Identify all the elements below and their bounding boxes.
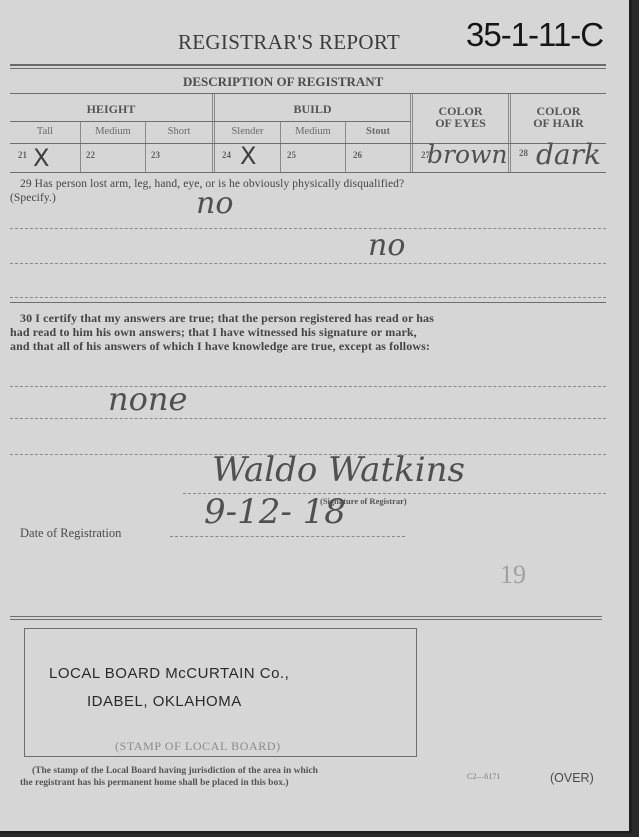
- answer-line: [10, 386, 606, 387]
- report-title: REGISTRAR'S REPORT: [178, 30, 400, 55]
- local-board-stamp-box: LOCAL BOARD McCURTAIN Co., IDABEL, OKLAH…: [24, 628, 417, 757]
- section-divider: [10, 93, 606, 94]
- serial-number: 35-1-11-C: [466, 16, 603, 54]
- registrar-signature[interactable]: Waldo Watkins: [212, 450, 465, 490]
- field-number-23: 23: [151, 150, 160, 160]
- build-medium-label: Medium: [281, 126, 345, 137]
- field-number-21: 21: [18, 150, 27, 160]
- answer-line: [10, 263, 606, 264]
- registration-date-label: Date of Registration: [20, 526, 121, 541]
- question-29-answer-2[interactable]: no: [368, 228, 405, 263]
- field-number-25: 25: [287, 150, 296, 160]
- build-header: BUILD: [215, 103, 410, 115]
- build-slender-checkmark[interactable]: X: [240, 142, 256, 170]
- section-title: DESCRIPTION OF REGISTRANT: [183, 74, 383, 90]
- divider: [410, 94, 411, 172]
- divider: [508, 94, 509, 172]
- header-divider: [10, 64, 606, 66]
- divider: [10, 143, 606, 144]
- header-divider-2: [10, 68, 606, 69]
- divider: [212, 94, 213, 172]
- divider: [10, 121, 410, 122]
- stamp-divider-2: [10, 619, 602, 620]
- build-stout-label: Stout: [346, 126, 410, 137]
- divider: [10, 172, 606, 173]
- section-divider: [10, 302, 606, 303]
- hair-color-header-line2: OF HAIR: [511, 117, 606, 129]
- build-slender-label: Slender: [215, 126, 280, 137]
- height-tall-checkmark[interactable]: X: [33, 144, 49, 172]
- height-short-label: Short: [146, 126, 212, 137]
- eye-color-value[interactable]: brown: [427, 140, 508, 169]
- question-30-line1: 30 I certify that my answers are true; t…: [20, 311, 434, 326]
- form-code: C2—6171: [467, 772, 500, 781]
- hair-color-value[interactable]: dark: [536, 138, 601, 171]
- height-header: HEIGHT: [10, 103, 212, 115]
- question-29-specify: (Specify.): [10, 192, 56, 204]
- registration-card: REGISTRAR'S REPORT 35-1-11-C DESCRIPTION…: [0, 0, 632, 833]
- height-tall-label: Tall: [10, 126, 80, 137]
- year-prefix: 19: [500, 560, 526, 590]
- stamp-line-1: LOCAL BOARD McCURTAIN Co.,: [49, 665, 289, 682]
- stamp-line-2: IDABEL, OKLAHOMA: [87, 693, 242, 710]
- section-divider-dotted: [10, 297, 606, 298]
- stamp-caption: (STAMP OF LOCAL BOARD): [115, 739, 281, 754]
- field-number-26: 26: [353, 150, 362, 160]
- eye-color-header: COLOR OF EYES: [413, 105, 508, 129]
- date-line: [170, 536, 405, 537]
- answer-line: [10, 228, 606, 229]
- field-number-28: 28: [519, 148, 528, 158]
- hair-color-header: COLOR OF HAIR: [511, 105, 606, 129]
- field-number-22: 22: [86, 150, 95, 160]
- question-30-line2: had read to him his own answers; that I …: [10, 325, 417, 340]
- footer-note-line1: (The stamp of the Local Board having jur…: [32, 766, 318, 776]
- answer-line: [10, 418, 606, 419]
- eye-color-header-line2: OF EYES: [413, 117, 508, 129]
- height-medium-label: Medium: [81, 126, 145, 137]
- question-30-answer[interactable]: none: [108, 380, 187, 418]
- stamp-divider: [10, 616, 602, 617]
- footer-note-line2: the registrant has his permanent home sh…: [20, 778, 288, 788]
- question-30-line3: and that all of his answers of which I h…: [10, 339, 430, 354]
- over-label: (OVER): [550, 771, 594, 785]
- registration-date-value[interactable]: 9-12- 18: [204, 492, 346, 532]
- field-number-24: 24: [222, 150, 231, 160]
- question-29-answer-1[interactable]: no: [196, 186, 233, 221]
